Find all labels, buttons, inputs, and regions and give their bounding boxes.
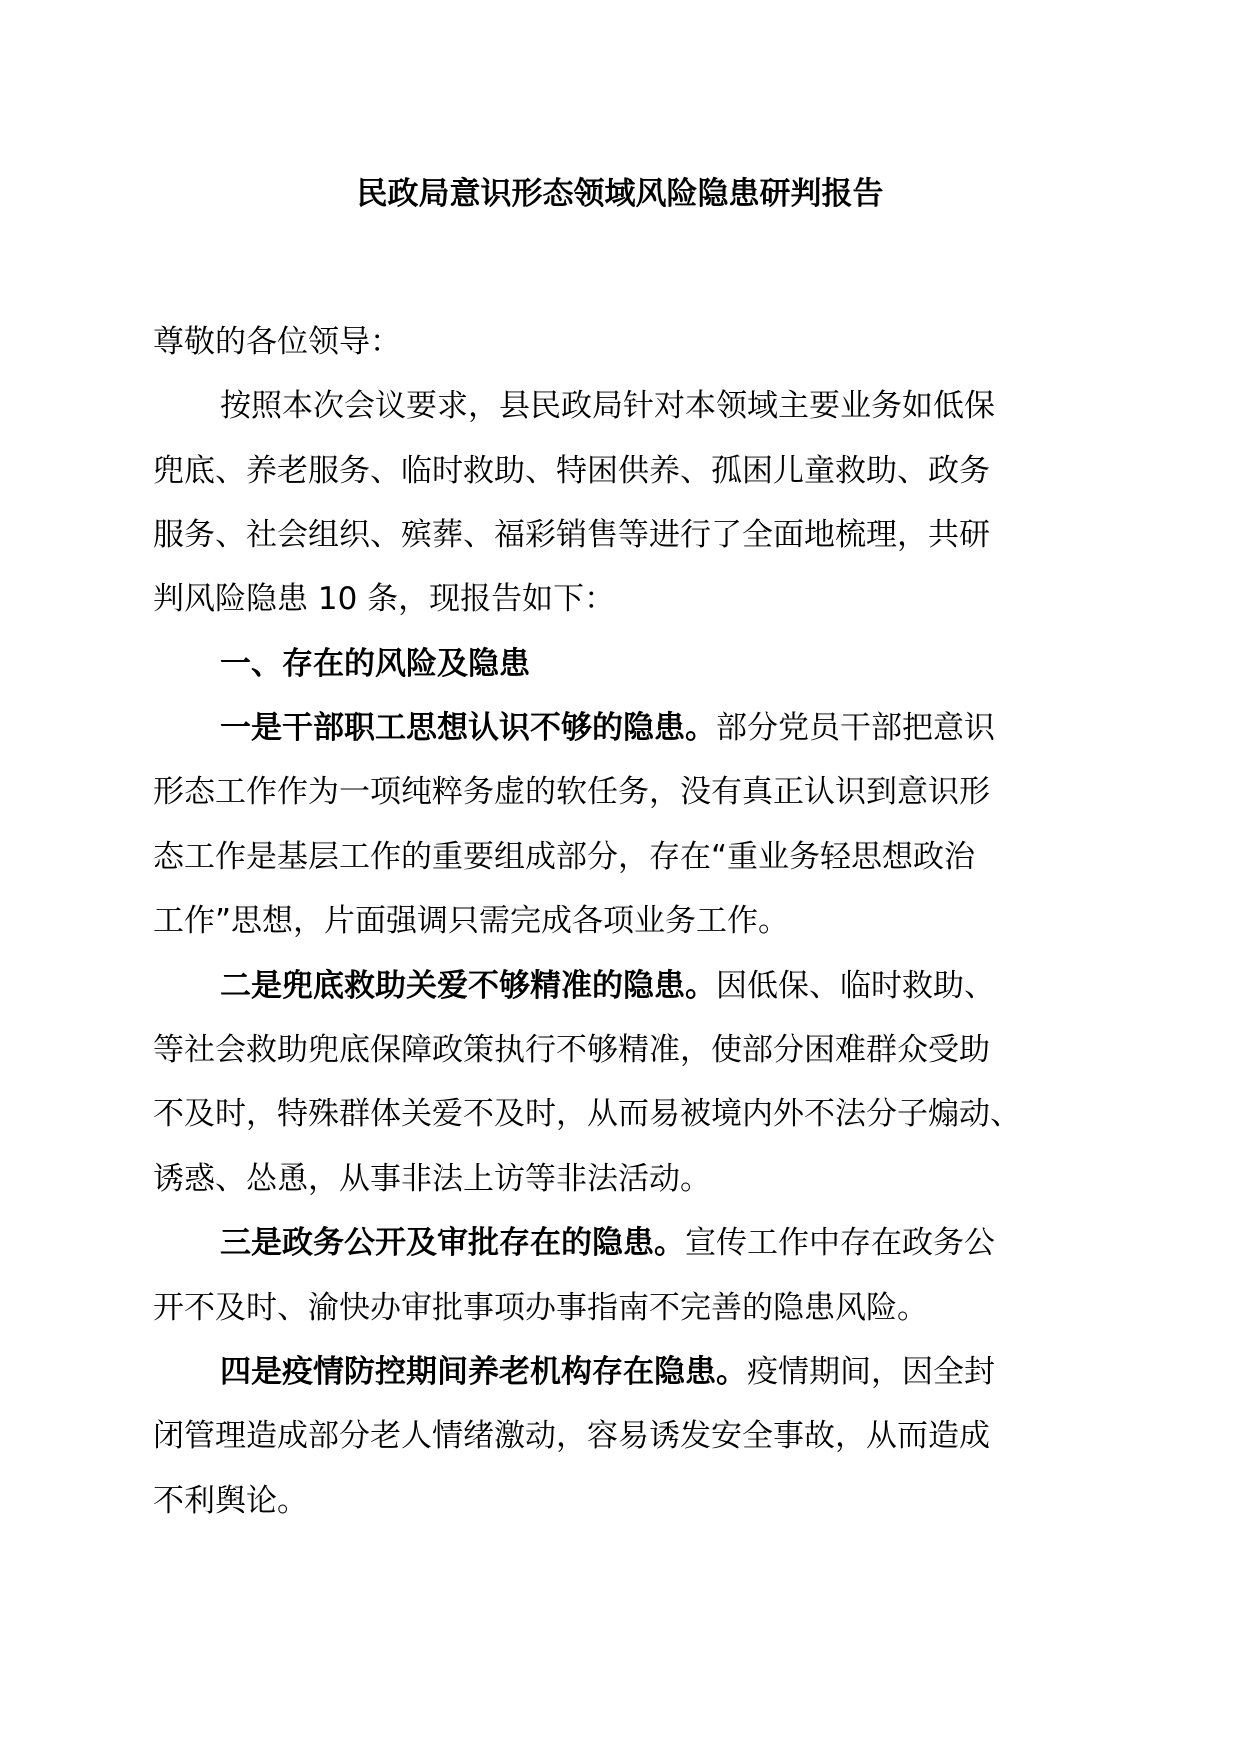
item-2-line: 等社会救助兜底保障政策执行不够精准，使部分困难群众受助 (153, 1030, 990, 1070)
item-1-rest: 部分党员干部把意识 (716, 710, 995, 746)
item-4-line: 不利舆论。 (153, 1481, 308, 1521)
item-1-first-line: 一是干部职工思想认识不够的隐患。部分党员干部把意识 (220, 708, 995, 748)
item-2-first-line: 二是兜底救助关爱不够精准的隐患。因低保、临时救助、 (220, 966, 995, 1006)
intro-line-3: 服务、社会组织、殡葬、福彩销售等进行了全面地梳理，共研 (153, 515, 990, 555)
item-1-line: 态工作是基层工作的重要组成部分，存在“重业务轻思想政治 (153, 837, 975, 877)
item-3-line: 开不及时、渝快办审批事项办事指南不完善的隐患风险。 (153, 1288, 928, 1328)
item-4-first-line: 四是疫情防控期间养老机构存在隐患。疫情期间，因全封 (220, 1352, 995, 1392)
item-2-lead: 二是兜底救助关爱不够精准的隐患。 (220, 968, 716, 1004)
intro-line-2: 兜底、养老服务、临时救助、特困供养、孤困儿童救助、政务 (153, 451, 990, 491)
item-2-rest: 因低保、临时救助、 (716, 968, 995, 1004)
item-3-first-line: 三是政务公开及审批存在的隐患。宣传工作中存在政务公 (220, 1223, 995, 1263)
item-4-rest: 疫情期间，因全封 (747, 1354, 995, 1390)
item-1-line: 形态工作作为一项纯粹务虚的软任务，没有真正认识到意识形 (153, 772, 990, 812)
intro-line-4: 判风险隐患 10 条，现报告如下： (153, 579, 615, 619)
item-3-rest: 宣传工作中存在政务公 (685, 1225, 995, 1261)
item-4-line: 闭管理造成部分老人情绪激动，容易诱发安全事故，从而造成 (153, 1416, 990, 1456)
item-3-lead: 三是政务公开及审批存在的隐患。 (220, 1225, 685, 1261)
item-4-lead: 四是疫情防控期间养老机构存在隐患。 (220, 1354, 747, 1390)
item-1-line: 工作”思想，片面强调只需完成各项业务工作。 (153, 901, 789, 941)
intro-line-1: 按照本次会议要求，县民政局针对本领域主要业务如低保 (220, 386, 995, 426)
salutation: 尊敬的各位领导： (153, 322, 401, 362)
section-heading: 一、存在的风险及隐患 (220, 644, 530, 684)
item-2-line: 不及时，特殊群体关爱不及时，从而易被境内外不法分子煽动、 (153, 1094, 1021, 1134)
item-2-line: 诱惑、怂恿，从事非法上访等非法活动。 (153, 1159, 711, 1199)
document-title: 民政局意识形态领域风险隐患研判报告 (0, 168, 1240, 213)
item-1-lead: 一是干部职工思想认识不够的隐患。 (220, 710, 716, 746)
